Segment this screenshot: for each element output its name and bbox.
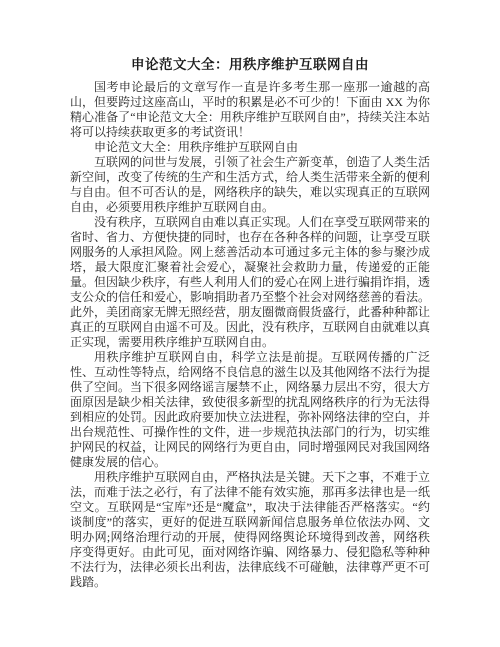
- paragraph: 用秩序维护互联网自由，严格执法是关键。天下之事，不难于立法，而难于法之必行，有了…: [70, 470, 430, 590]
- paragraph: 国考申论最后的文章写作一直是许多考生那一座那一逾越的高山，但要跨过这座高山，平时…: [70, 80, 430, 140]
- paragraph: 用秩序维护互联网自由，科学立法是前提。互联网传播的广泛性、互动性等特点，给网络不…: [70, 350, 430, 470]
- paragraph: 没有秩序，互联网自由难以真正实现。人们在享受互联网带来的省时、省力、方便快捷的同…: [70, 215, 430, 350]
- document-title: 申论范文大全：用秩序维护互联网自由: [0, 0, 500, 73]
- document-body: 国考申论最后的文章写作一直是许多考生那一座那一逾越的高山，但要跨过这座高山，平时…: [70, 80, 430, 590]
- paragraph: 申论范文大全：用秩序维护互联网自由: [70, 140, 430, 155]
- document-page: 申论范文大全：用秩序维护互联网自由 国考申论最后的文章写作一直是许多考生那一座那…: [0, 0, 500, 647]
- paragraph: 互联网的问世与发展，引领了社会生产新变革，创造了人类生活新空间，改变了传统的生产…: [70, 155, 430, 215]
